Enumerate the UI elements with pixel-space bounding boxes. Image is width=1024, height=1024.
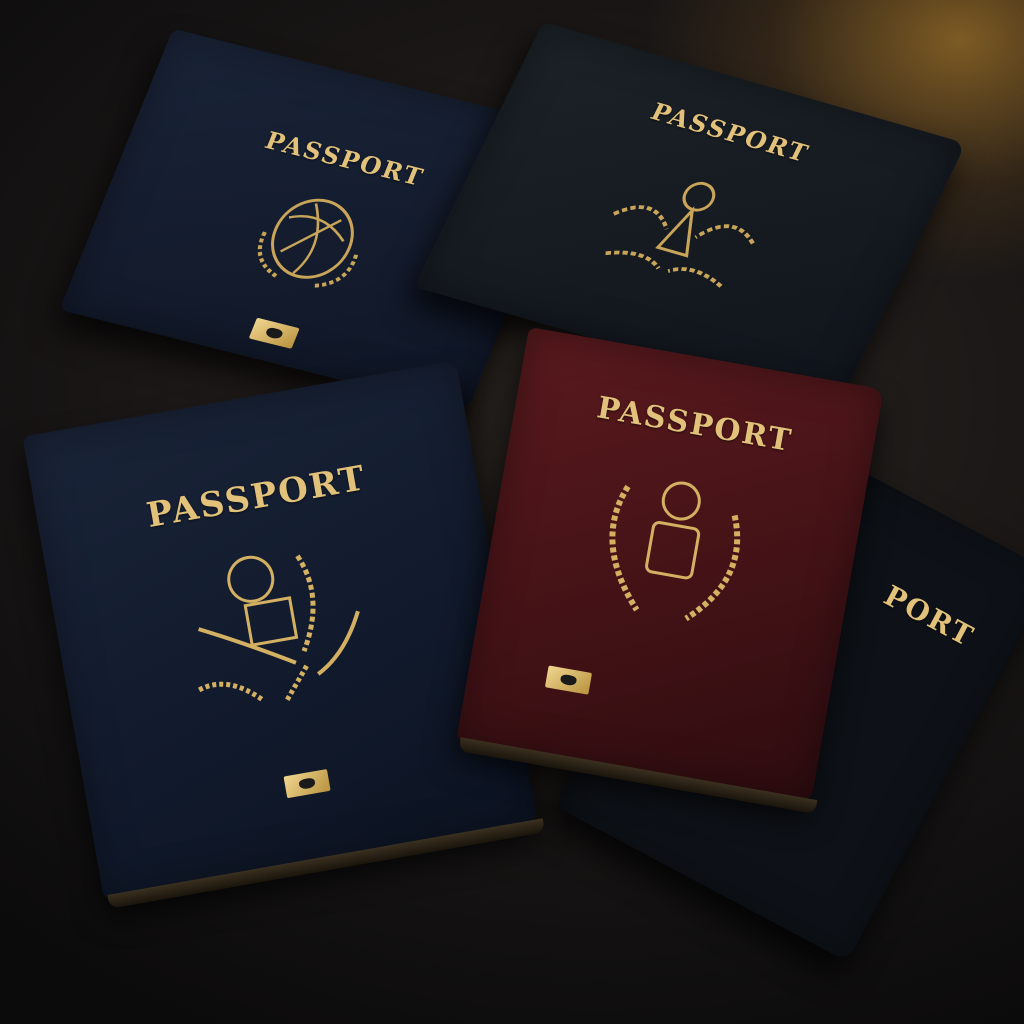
eagle-crest-icon (167, 529, 393, 731)
passport-center-right: PASSPORT (456, 327, 883, 803)
passport-pages (107, 818, 545, 909)
passport-title: PASSPORT (36, 439, 476, 555)
biometric-chip-icon (249, 318, 300, 349)
passport-bottom-left: PASSPORT (23, 360, 538, 899)
biometric-chip-icon (545, 665, 592, 694)
wreath-crest-icon (576, 462, 769, 639)
eagle-crest-icon (573, 146, 794, 312)
passport-top-right: PASSPORT (414, 22, 966, 408)
passport-title: PASSPORT (514, 376, 875, 473)
globe-wreath-icon (230, 176, 394, 301)
biometric-chip-icon (284, 769, 331, 798)
passport-title: PORT (842, 559, 1016, 673)
